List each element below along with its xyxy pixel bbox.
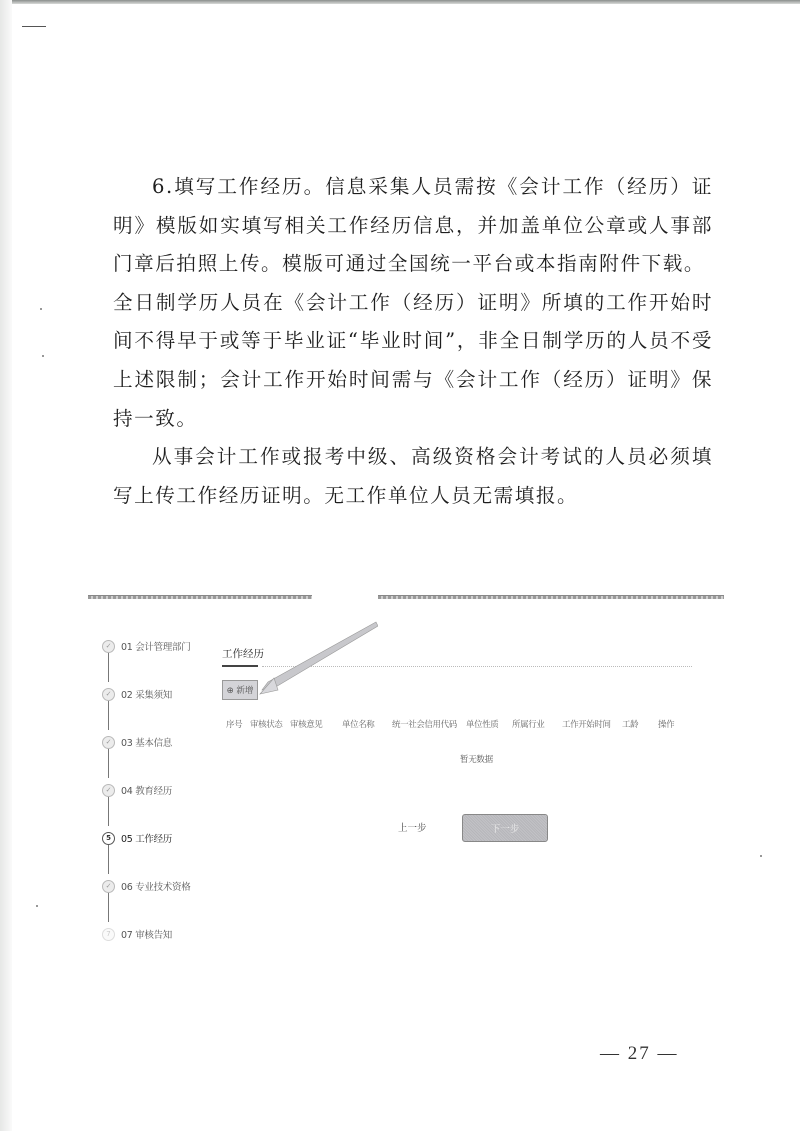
- step-connector: [108, 700, 109, 730]
- corner-mark: [22, 26, 46, 27]
- step-professional-qualification[interactable]: ✓ 06 专业技术资格: [102, 878, 190, 894]
- scan-edge-left: [0, 0, 12, 1131]
- step-label: 03 基本信息: [121, 735, 172, 749]
- work-experience-panel: 工作经历 ⊕ 新增 序号 审核状态 审核意见 单位名称 统一社会信用代码 单位性…: [222, 640, 722, 940]
- step-label: 05 工作经历: [121, 831, 172, 845]
- check-circle-icon: ✓: [102, 688, 115, 701]
- step-collection-notice[interactable]: ✓ 02 采集须知: [102, 686, 172, 702]
- scan-speck: [40, 308, 42, 310]
- body-text: 6.填写工作经历。信息采集人员需按《会计工作（经历）证明》模版如实填写相关工作经…: [113, 168, 713, 515]
- column-header: 工龄: [622, 718, 638, 730]
- step-connector: [108, 748, 109, 778]
- paragraph-who-must-fill: 从事会计工作或报考中级、高级资格会计考试的人员必须填写上传工作经历证明。无工作单…: [113, 438, 713, 515]
- header-rule-right: [378, 595, 724, 599]
- step-work-experience[interactable]: 5 05 工作经历: [102, 830, 172, 846]
- step-label: 06 专业技术资格: [121, 879, 190, 893]
- check-circle-icon: ✓: [102, 736, 115, 749]
- paragraph-fill-work-experience: 6.填写工作经历。信息采集人员需按《会计工作（经历）证明》模版如实填写相关工作经…: [113, 168, 713, 284]
- step-7-icon: 7: [102, 928, 115, 941]
- pointer-arrow-icon: [258, 620, 378, 700]
- step-education[interactable]: ✓ 04 教育经历: [102, 782, 172, 798]
- check-circle-icon: ✓: [102, 640, 115, 653]
- step-label: 01 会计管理部门: [121, 639, 190, 653]
- column-header: 序号: [226, 718, 242, 730]
- step-label: 02 采集须知: [121, 687, 172, 701]
- next-step-button[interactable]: 下一步: [462, 814, 548, 842]
- column-header: 审核意见: [290, 718, 322, 730]
- column-header: 单位性质: [466, 718, 498, 730]
- header-rule-left: [88, 595, 312, 599]
- column-header: 所属行业: [512, 718, 544, 730]
- scan-edge-top: [0, 0, 800, 4]
- check-circle-icon: ✓: [102, 784, 115, 797]
- embedded-screenshot: ✓ 01 会计管理部门 ✓ 02 采集须知 ✓ 03 基本信息 ✓ 04 教育经…: [88, 590, 724, 950]
- step-connector: [108, 844, 109, 874]
- step-connector: [108, 796, 109, 826]
- add-work-experience-button[interactable]: ⊕ 新增: [222, 680, 258, 700]
- column-header: 审核状态: [250, 718, 282, 730]
- step-label: 07 审核告知: [121, 927, 172, 941]
- scan-speck: [760, 855, 762, 857]
- step-connector: [108, 652, 109, 682]
- tab-underline: [222, 665, 258, 667]
- previous-step-button[interactable]: 上一步: [398, 820, 427, 834]
- column-header: 统一社会信用代码: [392, 718, 457, 730]
- scan-speck: [36, 905, 38, 907]
- empty-table-message: 暂无数据: [460, 753, 493, 765]
- column-header: 单位名称: [342, 718, 374, 730]
- step-label: 04 教育经历: [121, 783, 172, 797]
- table-header-row: 序号 审核状态 审核意见 单位名称 统一社会信用代码 单位性质 所属行业 工作开…: [226, 718, 706, 732]
- page-number: — 27 —: [600, 1043, 679, 1065]
- check-circle-icon: ✓: [102, 880, 115, 893]
- step-connector: [108, 892, 109, 922]
- step-review-notice[interactable]: 7 07 审核告知: [102, 926, 172, 942]
- column-header: 操作: [658, 718, 674, 730]
- step-basic-info[interactable]: ✓ 03 基本信息: [102, 734, 172, 750]
- column-header: 工作开始时间: [562, 718, 611, 730]
- paragraph-start-time-rule: 全日制学历人员在《会计工作（经历）证明》所填的工作开始时间不得早于或等于毕业证“…: [113, 284, 713, 438]
- step-accounting-department[interactable]: ✓ 01 会计管理部门: [102, 638, 190, 654]
- scan-speck: [42, 355, 44, 357]
- step-5-icon: 5: [102, 832, 115, 845]
